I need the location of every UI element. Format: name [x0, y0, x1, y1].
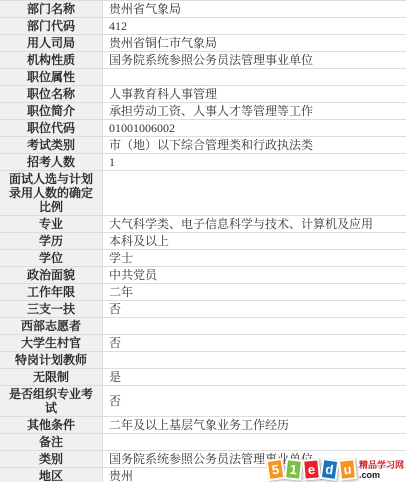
- row-value: 二年及以上基层气象业务工作经历: [103, 417, 406, 433]
- row-value: 贵州省铜仁市气象局: [103, 35, 406, 51]
- row-label: 类别: [0, 451, 103, 467]
- row-value: 01001006002: [103, 120, 406, 136]
- row-value: 大气科学类、电子信息科学与技术、计算机及应用: [103, 216, 406, 232]
- row-value: 承担劳动工资、人事人才等管理等工作: [103, 103, 406, 119]
- row-value: [103, 171, 406, 215]
- row-label: 职位名称: [0, 86, 103, 102]
- row-value: 人事教育科人事管理: [103, 86, 406, 102]
- row-label: 招考人数: [0, 154, 103, 170]
- row-label: 学位: [0, 250, 103, 266]
- table-row: 特岗计划教师: [0, 352, 406, 369]
- table-row: 职位代码 01001006002: [0, 120, 406, 137]
- row-label: 无限制: [0, 369, 103, 385]
- row-value: 本科及以上: [103, 233, 406, 249]
- row-label: 三支一扶: [0, 301, 103, 317]
- row-label: 特岗计划教师: [0, 352, 103, 368]
- row-value: 学士: [103, 250, 406, 266]
- table-row: 学历 本科及以上: [0, 233, 406, 250]
- watermark-domain-suffix: .com: [359, 471, 380, 480]
- row-label: 其他条件: [0, 417, 103, 433]
- table-row: 其他条件 二年及以上基层气象业务工作经历: [0, 417, 406, 434]
- row-value: [103, 434, 406, 450]
- table-row: 西部志愿者: [0, 318, 406, 335]
- table-row: 无限制 是: [0, 369, 406, 386]
- table-row: 部门名称 贵州省气象局: [0, 1, 406, 18]
- row-label: 职位属性: [0, 69, 103, 85]
- 51edu-watermark-logo: 51edu 精品学习网 .com: [267, 459, 404, 480]
- row-value: 412: [103, 18, 406, 34]
- row-label: 考试类别: [0, 137, 103, 153]
- table-row: 机构性质 国务院系统参照公务员法管理事业单位: [0, 52, 406, 69]
- row-value: [103, 352, 406, 368]
- row-label: 职位简介: [0, 103, 103, 119]
- row-value: 否: [103, 335, 406, 351]
- logo-tiles: 51edu: [267, 459, 357, 480]
- watermark-text: 精品学习网 .com: [359, 461, 404, 480]
- row-label: 学历: [0, 233, 103, 249]
- logo-tile: e: [302, 458, 321, 480]
- row-label: 大学生村官: [0, 335, 103, 351]
- table-row: 部门代码 412: [0, 18, 406, 35]
- logo-tile: 1: [284, 458, 303, 481]
- row-label: 机构性质: [0, 52, 103, 68]
- job-details-table: 部门名称 贵州省气象局 部门代码 412 用人司局 贵州省铜仁市气象局 机构性质…: [0, 0, 406, 482]
- row-label: 是否组织专业考试: [0, 386, 103, 416]
- row-value: 二年: [103, 284, 406, 300]
- row-value: 中共党员: [103, 267, 406, 283]
- row-value: [103, 69, 406, 85]
- table-row: 用人司局 贵州省铜仁市气象局: [0, 35, 406, 52]
- row-label: 用人司局: [0, 35, 103, 51]
- table-row: 职位属性: [0, 69, 406, 86]
- table-row: 职位名称 人事教育科人事管理: [0, 86, 406, 103]
- row-label: 部门名称: [0, 1, 103, 17]
- row-value: 是: [103, 369, 406, 385]
- table-row: 大学生村官 否: [0, 335, 406, 352]
- row-value: 市（地）以下综合管理类和行政执法类: [103, 137, 406, 153]
- table-row: 是否组织专业考试 否: [0, 386, 406, 417]
- job-detail-page: 部门名称 贵州省气象局 部门代码 412 用人司局 贵州省铜仁市气象局 机构性质…: [0, 0, 406, 482]
- row-value: 1: [103, 154, 406, 170]
- row-value: [103, 318, 406, 334]
- row-label: 职位代码: [0, 120, 103, 136]
- row-label: 工作年限: [0, 284, 103, 300]
- row-value: 国务院系统参照公务员法管理事业单位: [103, 52, 406, 68]
- table-row: 工作年限 二年: [0, 284, 406, 301]
- logo-tile: 5: [266, 458, 286, 481]
- watermark-site-name: 精品学习网: [359, 461, 404, 470]
- table-row: 三支一扶 否: [0, 301, 406, 318]
- row-label: 部门代码: [0, 18, 103, 34]
- table-row: 面试人选与计划录用人数的确定比例: [0, 171, 406, 216]
- row-label: 地区: [0, 468, 103, 482]
- table-row: 职位简介 承担劳动工资、人事人才等管理等工作: [0, 103, 406, 120]
- logo-tile: d: [320, 458, 340, 481]
- row-label: 政治面貌: [0, 267, 103, 283]
- row-value: 否: [103, 301, 406, 317]
- row-label: 西部志愿者: [0, 318, 103, 334]
- table-row: 专业 大气科学类、电子信息科学与技术、计算机及应用: [0, 216, 406, 233]
- table-row: 政治面貌 中共党员: [0, 267, 406, 284]
- table-row: 招考人数 1: [0, 154, 406, 171]
- row-value: 否: [103, 386, 406, 416]
- table-row: 备注: [0, 434, 406, 451]
- row-label: 备注: [0, 434, 103, 450]
- table-row: 学位 学士: [0, 250, 406, 267]
- row-label: 面试人选与计划录用人数的确定比例: [0, 171, 103, 215]
- table-row: 考试类别 市（地）以下综合管理类和行政执法类: [0, 137, 406, 154]
- row-value: 贵州省气象局: [103, 1, 406, 17]
- logo-tile: u: [338, 458, 357, 481]
- row-label: 专业: [0, 216, 103, 232]
